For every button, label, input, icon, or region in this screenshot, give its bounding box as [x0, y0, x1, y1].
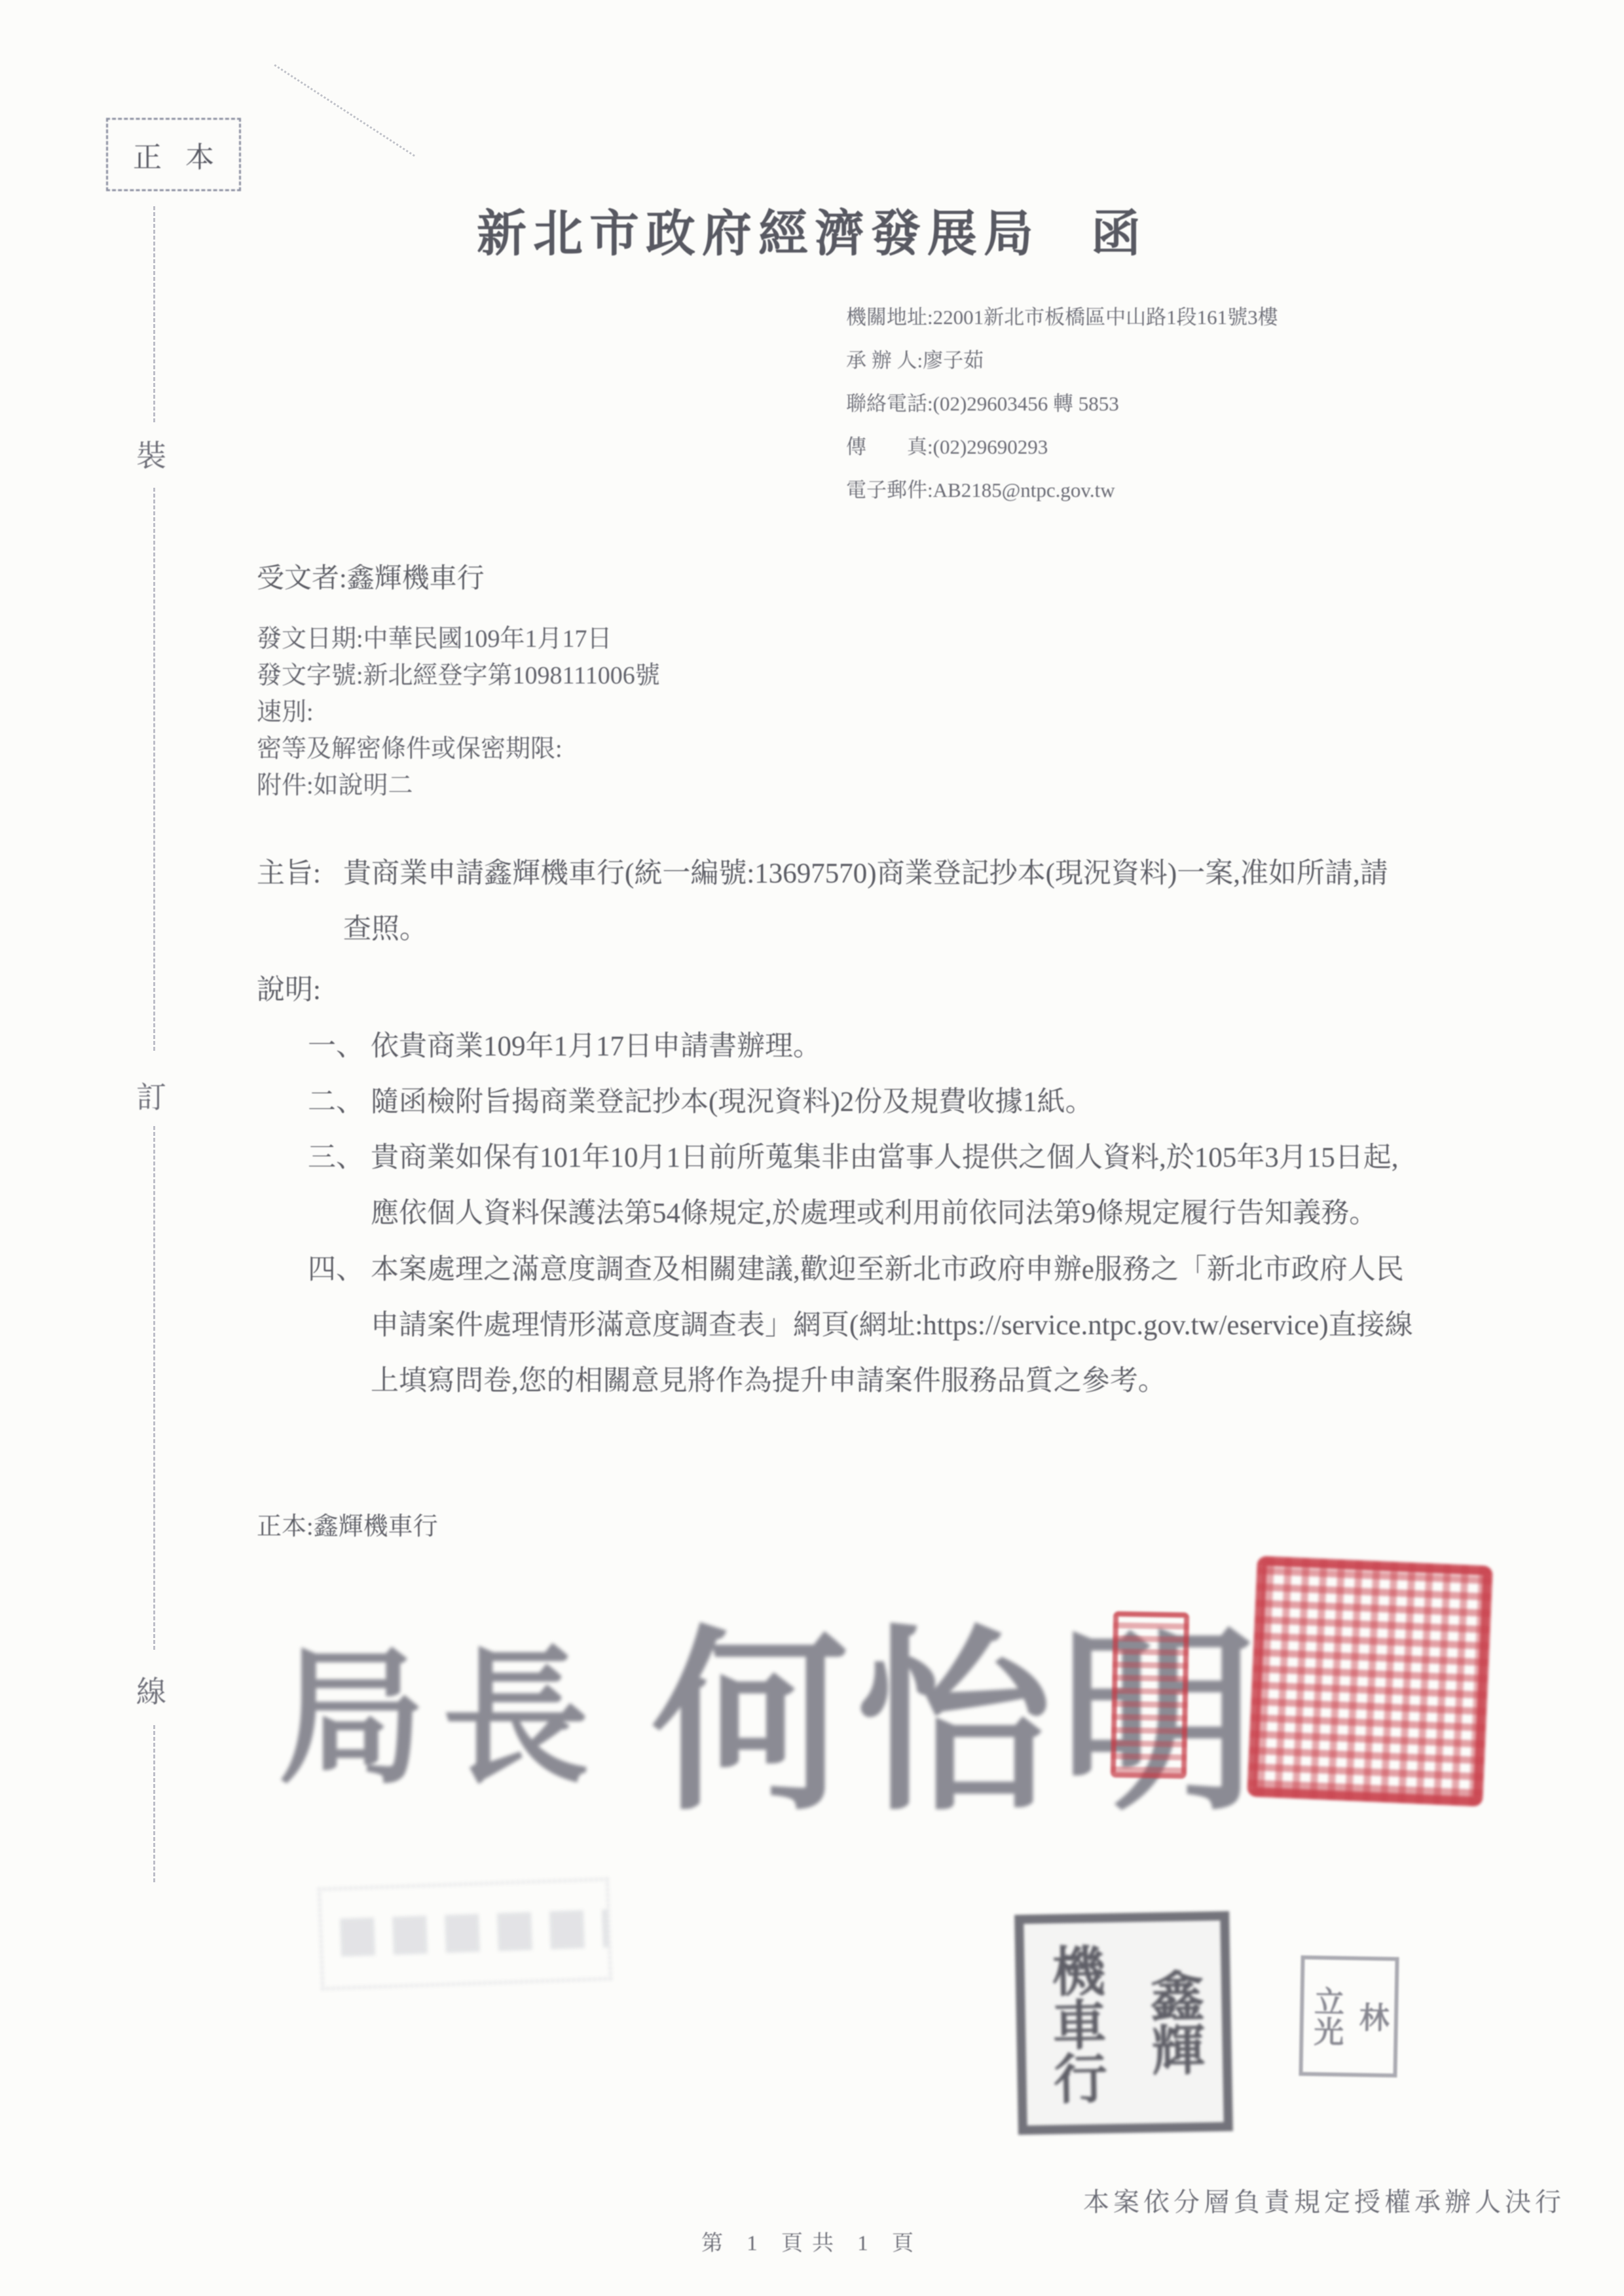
subject-block: 主旨: 貴商業申請鑫輝機車行(統一編號:13697570)商業登記抄本(現況資料… [257, 846, 1409, 957]
signature-title: 局長 [278, 1600, 606, 1812]
contact-fax-value: (02)29690293 [933, 435, 1048, 458]
contact-email-row: 電子郵件:AB2185@ntpc.gov.tw [846, 469, 1278, 512]
document-meta-block: 發文日期:中華民國109年1月17日 發文字號:新北經登字第1098111006… [257, 621, 660, 804]
fold-line-segment [153, 1126, 155, 1650]
explanation-list: 一、 依貴商業109年1月17日申請書辦理。 二、 隨函檢附旨揭商業登記抄本(現… [308, 1019, 1414, 1409]
item-text: 貴商業如保有101年10月1日前所蒐集非由當事人提供之個人資料,於105年3月1… [371, 1130, 1414, 1241]
name-seal-left-column: 立光 [1309, 1986, 1343, 2047]
contact-fax-row: 傳 真:(02)29690293 [846, 426, 1278, 469]
binding-mark-zhuang: 裝 [136, 432, 166, 475]
explanation-item-3: 三、 貴商業如保有101年10月1日前所蒐集非由當事人提供之個人資料,於105年… [308, 1130, 1414, 1241]
company-seal-right-column: 鑫輝 [1144, 1968, 1202, 2076]
recipient-value: 鑫輝機車行 [347, 564, 485, 594]
explanation-item-1: 一、 依貴商業109年1月17日申請書辦理。 [308, 1019, 1414, 1074]
fold-line-segment [153, 488, 155, 1051]
faint-certification-stamp [318, 1878, 612, 1990]
copy-type-label: 正本 [109, 134, 238, 175]
contact-address-value: 22001新北市板橋區中山路1段161號3樓 [933, 306, 1278, 329]
item-text: 依貴商業109年1月17日申請書辦理。 [371, 1019, 1414, 1074]
contact-officer-value: 廖子茹 [923, 349, 984, 372]
copy-type-stamp: 正本 [106, 118, 241, 191]
item-number: 二、 [308, 1074, 371, 1130]
item-number: 三、 [308, 1130, 371, 1241]
item-text: 本案處理之滿意度調查及相關建議,歡迎至新北市政府申辦e服務之「新北市政府人民申請… [371, 1242, 1414, 1409]
contact-address-row: 機關地址:22001新北市板橋區中山路1段161號3樓 [846, 296, 1278, 339]
recipient-label: 受文者: [257, 564, 347, 594]
meta-issue-date: 發文日期:中華民國109年1月17日 [257, 621, 660, 657]
meta-doc-number: 發文字號:新北經登字第1098111006號 [257, 657, 660, 694]
scan-artifact-line [274, 64, 415, 156]
contact-phone-label: 聯絡電話: [846, 392, 933, 415]
contact-phone-row: 聯絡電話:(02)29603456 轉 5853 [846, 382, 1278, 426]
meta-classification: 密等及解密條件或保密期限: [257, 731, 660, 767]
recipient-line: 受文者:鑫輝機車行 [257, 556, 485, 596]
subject-text: 貴商業申請鑫輝機車行(統一編號:13697570)商業登記抄本(現況資料)一案,… [343, 846, 1409, 957]
contact-officer-row: 承 辦 人:廖子茹 [846, 339, 1278, 382]
contact-officer-label: 承 辦 人: [846, 349, 923, 372]
issuing-agency: 新北市政府經濟發展局 [477, 207, 1040, 262]
binding-mark-xian: 線 [136, 1668, 166, 1711]
document-type: 函 [1091, 207, 1147, 262]
copy-to-value: 鑫輝機車行 [314, 1513, 438, 1540]
item-text: 隨函檢附旨揭商業登記抄本(現況資料)2份及規費收據1紙。 [371, 1074, 1414, 1130]
agency-contact-block: 機關地址:22001新北市板橋區中山路1段161號3樓 承 辦 人:廖子茹 聯絡… [846, 296, 1278, 512]
meta-attachment: 附件:如說明二 [257, 767, 660, 804]
contact-email-value: AB2185@ntpc.gov.tw [933, 479, 1115, 501]
company-seal: 鑫輝 機車行 [1014, 1911, 1233, 2135]
contact-email-label: 電子郵件: [846, 479, 933, 501]
copy-to-line: 正本:鑫輝機車行 [257, 1506, 438, 1542]
copy-to-label: 正本: [257, 1513, 314, 1540]
contact-phone-value: (02)29603456 轉 5853 [933, 392, 1119, 415]
name-seal-right-column: 林 [1355, 2001, 1388, 2032]
explanation-item-4: 四、 本案處理之滿意度調查及相關建議,歡迎至新北市政府申辦e服務之「新北市政府人… [308, 1242, 1414, 1409]
binding-mark-ding: 訂 [136, 1074, 166, 1117]
delegation-note: 本案依分層負責規定授權承辦人決行 [1008, 2181, 1565, 2219]
explanation-item-2: 二、 隨函檢附旨揭商業登記抄本(現況資料)2份及規費收據1紙。 [308, 1074, 1414, 1130]
explanation-heading: 說明: [257, 968, 321, 1008]
meta-priority: 速別: [257, 694, 660, 731]
scanned-letter-page: 正本 裝 訂 線 新北市政府經濟發展局函 機關地址:22001新北市板橋區中山路… [0, 0, 1624, 2296]
contact-address-label: 機關地址: [846, 306, 933, 329]
document-title: 新北市政府經濟發展局函 [0, 194, 1624, 265]
subject-label: 主旨: [257, 846, 343, 957]
bureau-red-seal [1247, 1556, 1493, 1806]
company-seal-left-column: 機車行 [1045, 1943, 1104, 2105]
fold-line-segment [153, 1725, 155, 1882]
page-number: 第 1 頁共 1 頁 [0, 2226, 1624, 2257]
name-seal: 林 立光 [1299, 1956, 1399, 2078]
personal-red-seal [1111, 1611, 1189, 1779]
item-number: 一、 [308, 1019, 371, 1074]
item-number: 四、 [308, 1242, 371, 1409]
contact-fax-label: 傳 真: [846, 435, 933, 458]
